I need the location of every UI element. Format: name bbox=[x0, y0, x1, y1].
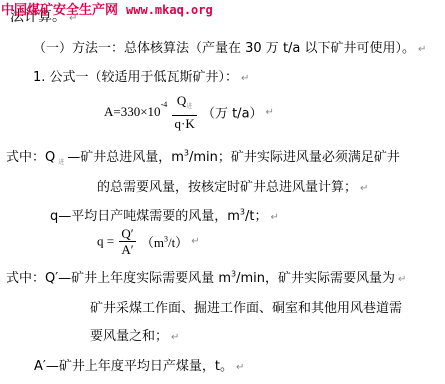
definition-q-in: 式中：Q进—矿井总进风量，m3/min；矿井实际进风量必须满足矿井 bbox=[6, 146, 400, 166]
formula-one-fraction: Q进 q·K bbox=[172, 93, 196, 131]
definition-q-in-continued: 的总需要风量，按核定时矿井总进风量计算；↵ bbox=[97, 176, 368, 195]
formula-one: A=330×10-4 Q进 q·K （万 t/a）↵ bbox=[104, 93, 274, 131]
paragraph-mark-icon: ↵ bbox=[360, 183, 368, 194]
paragraph-mark-icon: ↵ bbox=[398, 274, 406, 285]
paragraph-mark-icon: ↵ bbox=[271, 212, 279, 223]
paragraph-mark-icon: ↵ bbox=[241, 73, 249, 84]
definition-q-prime: 式中：Q′—矿井上年度实际需要风量 m3/min，矿井实际需要风量为↵ bbox=[6, 267, 406, 286]
formula-two-fraction: Q′ A′ bbox=[119, 226, 135, 257]
watermark-site-name: 中国煤矿安全生产网 bbox=[1, 3, 118, 18]
paragraph-mark-icon: ↵ bbox=[191, 236, 199, 247]
watermark-url[interactable]: www.mkaq.org bbox=[126, 3, 213, 17]
definition-q-prime-continued-1: 矿井采煤工作面、掘进工作面、硐室和其他用风巷道需 bbox=[90, 297, 402, 316]
watermark: 中国煤矿安全生产网www.mkaq.org bbox=[1, 0, 213, 18]
formula-two: q = Q′ A′ （m3/t）↵ bbox=[97, 226, 200, 257]
definition-q: q—平均日产吨煤需要的风量，m3/t；↵ bbox=[50, 205, 279, 224]
paragraph-mark-icon: ↵ bbox=[171, 332, 179, 343]
definition-a-prime: A′—矿井上年度平均日产煤量，t。↵ bbox=[34, 355, 244, 374]
heading-method-one: （一）方法一：总体核算法（产量在 30 万 t/a 以下矿井可使用）。↵ bbox=[33, 37, 426, 56]
paragraph-mark-icon: ↵ bbox=[236, 362, 244, 373]
paragraph-mark-icon: ↵ bbox=[266, 107, 274, 118]
formula-one-title: 1. 公式一（较适用于低瓦斯矿井）：↵ bbox=[33, 66, 249, 85]
definition-q-prime-continued-2: 要风量之和；↵ bbox=[90, 325, 179, 344]
paragraph-mark-icon: ↵ bbox=[418, 44, 426, 55]
